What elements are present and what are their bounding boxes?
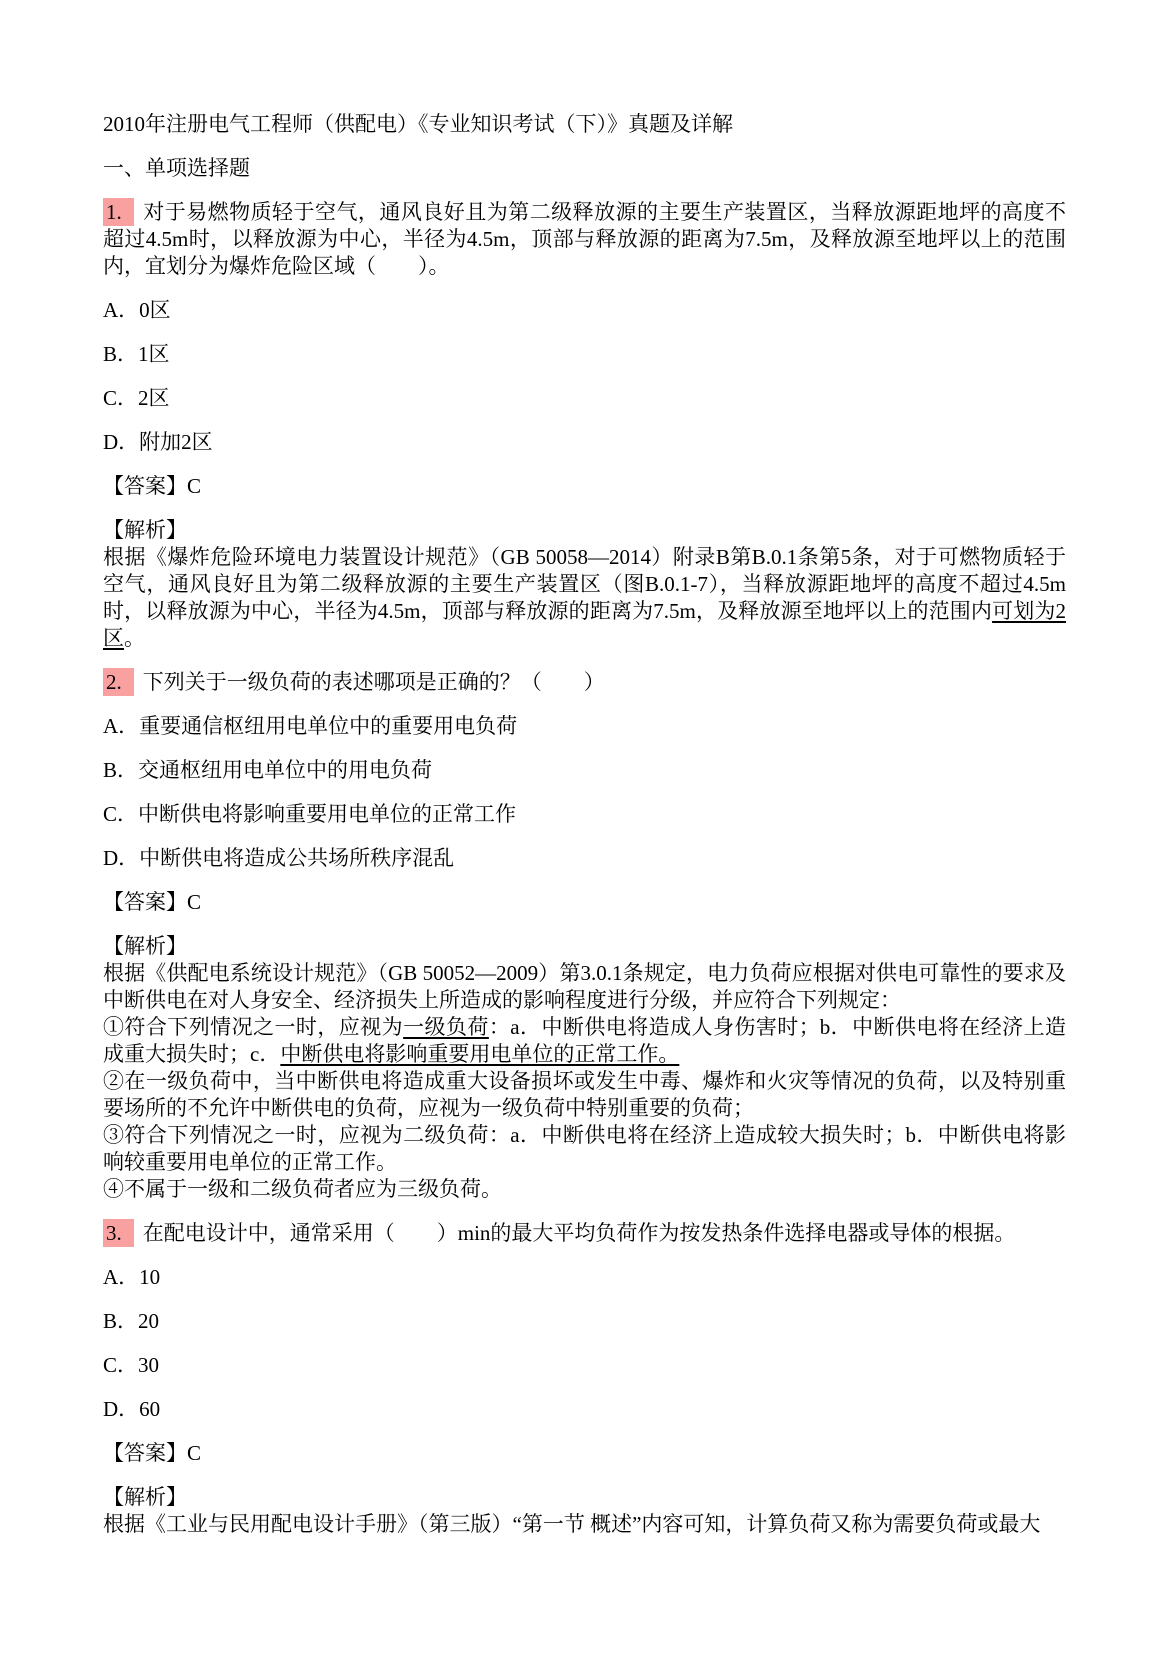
analysis-text-run: ④不属于一级和二级负荷者应为三级负荷。 — [103, 1177, 502, 1201]
document-title: 2010年注册电气工程师（供配电）《专业知识考试（下）》真题及详解 — [103, 111, 1066, 138]
question-1-answer: 【答案】C — [103, 473, 1066, 500]
analysis-text-run: 根据《工业与民用配电设计手册》（第三版）“第一节 概述”内容可知，计算负荷又称为… — [103, 1512, 1040, 1536]
answer-label: 【答案】 — [103, 1441, 187, 1465]
question-2-option-c: C．中断供电将影响重要用电单位的正常工作 — [103, 801, 1066, 828]
question-3-answer: 【答案】C — [103, 1440, 1066, 1467]
question-3-option-d: D．60 — [103, 1396, 1066, 1423]
question-2-stem-text: 下列关于一级负荷的表述哪项是正确的？（ ） — [143, 670, 605, 694]
analysis-text-run: 根据《爆炸危险环境电力装置设计规范》（GB 50058—2014）附录B第B.0… — [103, 545, 1066, 623]
question-1-stem-text: 对于易燃物质轻于空气，通风良好且为第二级释放源的主要生产装置区，当释放源距地坪的… — [103, 200, 1066, 278]
question-1-answer-value: C — [187, 474, 201, 498]
question-3-answer-value: C — [187, 1441, 201, 1465]
answer-label: 【答案】 — [103, 890, 187, 914]
analysis-text-run: ①符合下列情况之一时，应视为 — [103, 1015, 403, 1039]
analysis-text-run: ③符合下列情况之一时，应视为二级负荷：a．中断供电将在经济上造成较大损失时；b．… — [103, 1123, 1066, 1174]
question-3-analysis: 【解析】 根据《工业与民用配电设计手册》（第三版）“第一节 概述”内容可知，计算… — [103, 1484, 1066, 1538]
question-2-number-highlight: 2. — [103, 668, 134, 696]
question-3-analysis-paragraph: 根据《工业与民用配电设计手册》（第三版）“第一节 概述”内容可知，计算负荷又称为… — [103, 1511, 1066, 1538]
question-3-option-c: C．30 — [103, 1352, 1066, 1379]
analysis-label: 【解析】 — [103, 933, 1066, 960]
question-2-stem: 2.下列关于一级负荷的表述哪项是正确的？（ ） — [103, 669, 1066, 696]
question-2-analysis-paragraph-5: ④不属于一级和二级负荷者应为三级负荷。 — [103, 1176, 1066, 1203]
analysis-label: 【解析】 — [103, 517, 1066, 544]
section-heading: 一、单项选择题 — [103, 155, 1066, 182]
question-1-number-highlight: 1. — [103, 198, 134, 226]
analysis-underlined-run: 中断供电将影响重要用电单位的正常工作。 — [280, 1042, 679, 1066]
document-page: 2010年注册电气工程师（供配电）《专业知识考试（下）》真题及详解 一、单项选择… — [0, 0, 1169, 1538]
question-2-analysis: 【解析】 根据《供配电系统设计规范》（GB 50052—2009）第3.0.1条… — [103, 933, 1066, 1203]
question-2-option-b: B．交通枢纽用电单位中的用电负荷 — [103, 757, 1066, 784]
question-2-answer-value: C — [187, 890, 201, 914]
answer-label: 【答案】 — [103, 474, 187, 498]
question-1-option-b: B．1区 — [103, 341, 1066, 368]
question-2-option-d: D．中断供电将造成公共场所秩序混乱 — [103, 845, 1066, 872]
question-2-analysis-paragraph-1: 根据《供配电系统设计规范》（GB 50052—2009）第3.0.1条规定，电力… — [103, 960, 1066, 1014]
analysis-label: 【解析】 — [103, 1484, 1066, 1511]
question-2-analysis-paragraph-4: ③符合下列情况之一时，应视为二级负荷：a．中断供电将在经济上造成较大损失时；b．… — [103, 1122, 1066, 1176]
analysis-text-run: 根据《供配电系统设计规范》（GB 50052—2009）第3.0.1条规定，电力… — [103, 961, 1066, 1012]
question-3-number-highlight: 3. — [103, 1219, 134, 1247]
analysis-text-run: ②在一级负荷中，当中断供电将造成重大设备损坏或发生中毒、爆炸和火灾等情况的负荷，… — [103, 1069, 1066, 1120]
question-1-stem: 1.对于易燃物质轻于空气，通风良好且为第二级释放源的主要生产装置区，当释放源距地… — [103, 199, 1066, 280]
question-1-analysis-paragraph: 根据《爆炸危险环境电力装置设计规范》（GB 50058—2014）附录B第B.0… — [103, 544, 1066, 652]
question-1-option-c: C．2区 — [103, 385, 1066, 412]
question-2-analysis-paragraph-3: ②在一级负荷中，当中断供电将造成重大设备损坏或发生中毒、爆炸和火灾等情况的负荷，… — [103, 1068, 1066, 1122]
question-3-stem-text: 在配电设计中，通常采用（ ）min的最大平均负荷作为按发热条件选择电器或导体的根… — [143, 1221, 1016, 1245]
question-2-answer: 【答案】C — [103, 889, 1066, 916]
question-3-stem: 3.在配电设计中，通常采用（ ）min的最大平均负荷作为按发热条件选择电器或导体… — [103, 1220, 1066, 1247]
analysis-underlined-run: 一级负荷 — [403, 1015, 489, 1039]
question-1-analysis: 【解析】 根据《爆炸危险环境电力装置设计规范》（GB 50058—2014）附录… — [103, 517, 1066, 652]
question-1-option-d: D．附加2区 — [103, 429, 1066, 456]
question-1-option-a: A．0区 — [103, 297, 1066, 324]
question-2-analysis-paragraph-2: ①符合下列情况之一时，应视为一级负荷：a．中断供电将造成人身伤害时；b．中断供电… — [103, 1014, 1066, 1068]
question-2-option-a: A．重要通信枢纽用电单位中的重要用电负荷 — [103, 713, 1066, 740]
question-3-option-a: A．10 — [103, 1264, 1066, 1291]
question-3-option-b: B．20 — [103, 1308, 1066, 1335]
analysis-text-run: 。 — [124, 626, 145, 650]
